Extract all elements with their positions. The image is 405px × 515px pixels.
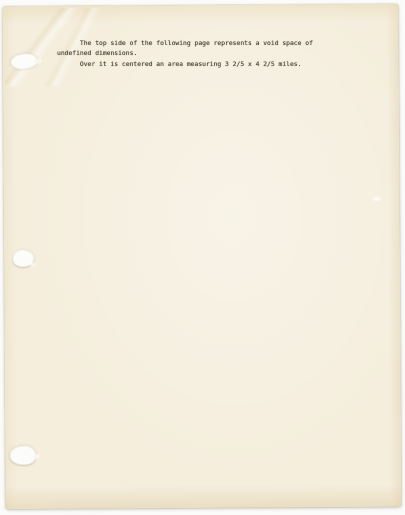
paper-sheet	[2, 4, 401, 509]
typed-line-3: Over it is centered an area measuring 3 …	[57, 60, 313, 70]
typed-line-2: undefined dimensions.	[57, 49, 313, 59]
hole-punch-tear	[29, 262, 36, 266]
hole-punch-middle	[12, 249, 34, 267]
scanned-document-background: The top side of the following page repre…	[0, 0, 405, 515]
paper-fleck	[373, 197, 381, 201]
hole-punch-tear	[32, 453, 40, 459]
typewritten-text-block: The top side of the following page repre…	[57, 39, 313, 70]
typed-line-1: The top side of the following page repre…	[57, 39, 313, 49]
